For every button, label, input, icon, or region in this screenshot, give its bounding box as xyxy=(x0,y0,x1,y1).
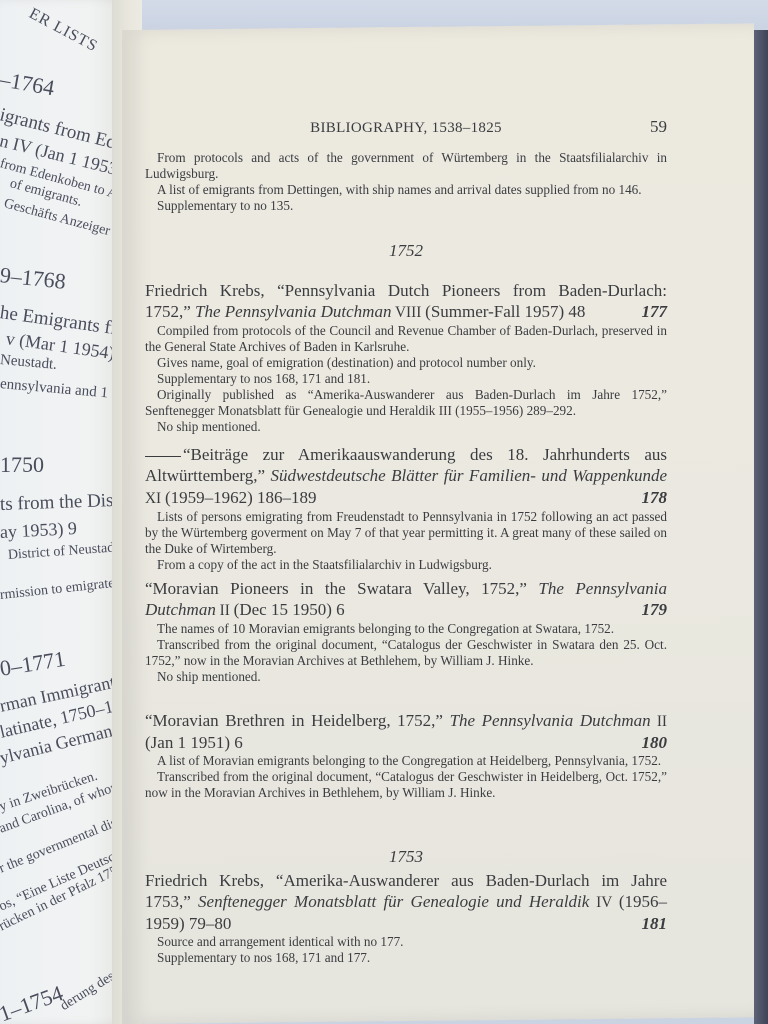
note: Supplementary to no 135. xyxy=(145,198,667,214)
journal-title: The Pennsylvania Dutchman xyxy=(450,711,651,730)
journal-title: Südwestdeutsche Blätter für Familien- un… xyxy=(270,466,667,485)
left-page-line: 9–1768 xyxy=(0,262,67,295)
page-number: 59 xyxy=(650,118,667,136)
note: From a copy of the act in the Staatsfili… xyxy=(145,557,667,573)
note: Lists of persons emigrating from Freuden… xyxy=(145,509,667,557)
bibliography-entry-179: “Moravian Pioneers in the Swatara Valley… xyxy=(145,578,667,685)
carryover-notes: From protocols and acts of the governmen… xyxy=(145,150,667,214)
running-head: BIBLIOGRAPHY, 1538–1825 59 xyxy=(145,119,667,139)
entry-citation: Friedrich Krebs, “Pennsylvania Dutch Pio… xyxy=(145,280,667,323)
bibliography-entry-178: “Beiträge zur Amerikaauswanderung des 18… xyxy=(145,444,667,573)
bibliography-entry-180: “Moravian Brethren in Heidelberg, 1752,”… xyxy=(145,710,667,801)
year-heading-1753: 1753 xyxy=(145,848,667,866)
journal-title: The Pennsylvania Dutchman xyxy=(195,302,391,321)
note: From protocols and acts of the governmen… xyxy=(145,150,667,182)
note: Transcribed from the original document, … xyxy=(145,637,667,669)
journal-title: Senftenegger Monatsblatt für Genealogie … xyxy=(198,892,589,911)
entry-citation: “Moravian Brethren in Heidelberg, 1752,”… xyxy=(145,710,667,753)
note: A list of Moravian emigrants belonging t… xyxy=(145,753,667,769)
note: Compiled from protocols of the Council a… xyxy=(145,323,667,355)
note: No ship mentioned. xyxy=(145,669,667,685)
note: Supplementary to nos 168, 171 and 177. xyxy=(145,950,667,966)
note: Source and arrangement identical with no… xyxy=(145,934,667,950)
note: Originally published as “Amerika-Auswand… xyxy=(145,387,667,419)
left-page-line: ennsylvania and 1 for Nova Sc xyxy=(0,376,128,409)
entry-citation: Friedrich Krebs, “Amerika-Auswanderer au… xyxy=(145,870,667,934)
note: A list of emigrants from Dettingen, with… xyxy=(145,182,667,198)
note: The names of 10 Moravian emigrants belon… xyxy=(145,621,667,637)
entry-number: 181 xyxy=(642,913,668,934)
book-cover-edge xyxy=(754,30,768,1024)
left-page-line: ay 1953) 9 xyxy=(0,518,77,543)
left-page-line: 1750 xyxy=(0,452,44,478)
entry-number: 180 xyxy=(642,732,668,753)
note: Gives name, goal of emigration (destinat… xyxy=(145,355,667,371)
entry-citation: “Beiträge zur Amerikaauswanderung des 18… xyxy=(145,444,667,509)
bibliography-entry-177: Friedrich Krebs, “Pennsylvania Dutch Pio… xyxy=(145,280,667,435)
entry-number: 178 xyxy=(642,487,668,508)
year-heading-1752: 1752 xyxy=(145,242,667,260)
note: No ship mentioned. xyxy=(145,419,667,435)
note: Transcribed from the original document, … xyxy=(145,769,667,801)
left-page-line: District of Neustadt in th xyxy=(7,538,128,564)
left-page-running-head: ER LISTS xyxy=(26,5,101,56)
left-page-line: 1–1754 xyxy=(0,980,66,1024)
running-head-title: BIBLIOGRAPHY, 1538–1825 xyxy=(145,119,667,137)
left-page-line: –1764 xyxy=(0,66,56,101)
bibliography-entry-181: Friedrich Krebs, “Amerika-Auswanderer au… xyxy=(145,870,667,966)
left-page-line: rmission to emigrate, with sh xyxy=(0,571,128,604)
entry-number: 177 xyxy=(642,301,668,322)
entry-citation: “Moravian Pioneers in the Swatara Valley… xyxy=(145,578,667,621)
left-page-line: 0–1771 xyxy=(0,646,67,682)
left-page-line: Neustadt. xyxy=(0,352,58,374)
right-page-content: BIBLIOGRAPHY, 1538–1825 59 From protocol… xyxy=(145,0,667,1024)
left-page-line: ts from the District of Ne xyxy=(0,487,128,516)
entry-number: 179 xyxy=(642,599,668,620)
ditto-rule xyxy=(145,456,181,457)
note: Supplementary to nos 168, 171 and 181. xyxy=(145,371,667,387)
left-page: ER LISTS –1764igrants from Edenkobenn IV… xyxy=(0,0,128,1024)
